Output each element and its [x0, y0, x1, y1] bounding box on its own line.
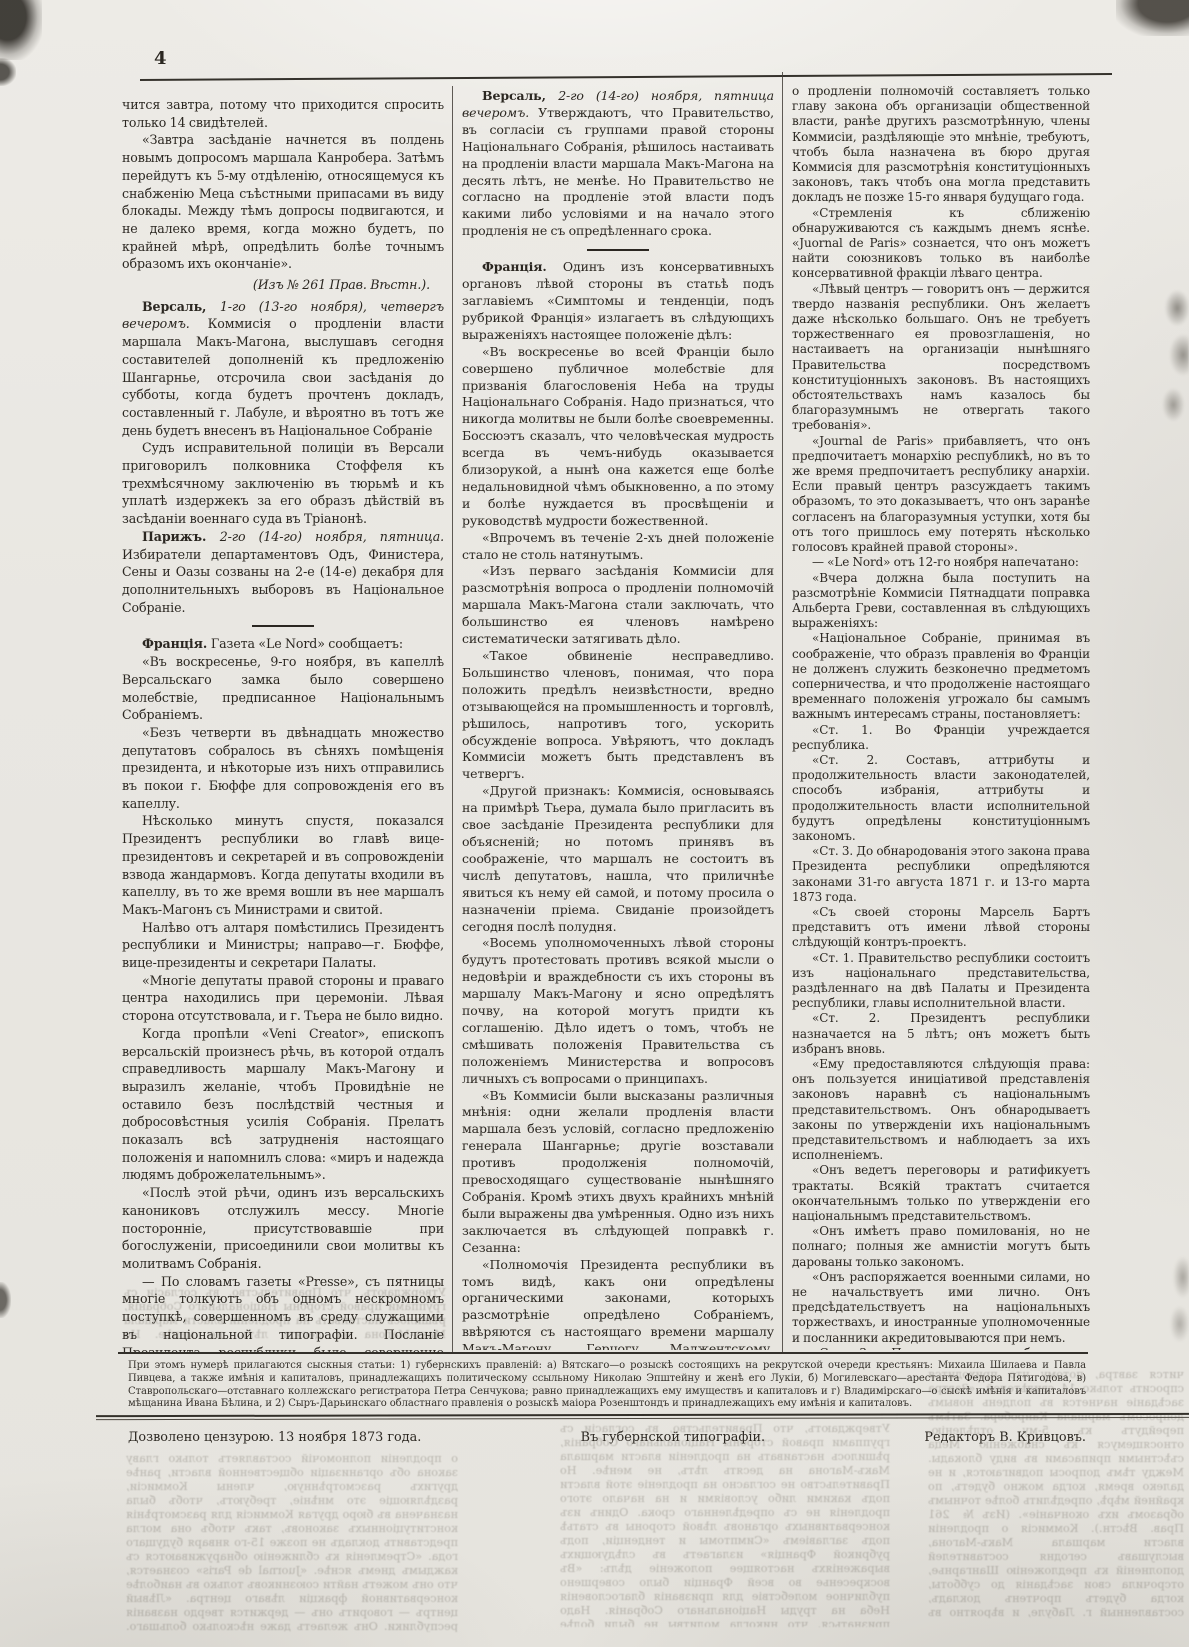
paragraph: «Ст. 3. Президентъ республики и Министры… — [792, 1346, 1090, 1350]
paragraph: «Стремленія къ сближенію обнаруживаются … — [792, 206, 1090, 282]
supplement-notice: При этомъ нумерѣ прилагаются сыскныя ста… — [128, 1360, 1086, 1411]
paragraph: Когда пропѣли «Veni Creator», епископъ в… — [122, 1025, 444, 1184]
paragraph: «Онъ распоряжается военными силами, но н… — [792, 1270, 1090, 1346]
paragraph: «Впрочемъ въ теченіе 2-хъ дней положеніе… — [462, 530, 774, 564]
paragraph: о продленіи полномочій составляетъ тольк… — [792, 84, 1090, 206]
paragraph: «Ему предоставляются слѣдующія права: он… — [792, 1057, 1090, 1163]
paragraph: чится завтра, потому что приходится спро… — [122, 96, 444, 131]
paragraph: «Послѣ этой рѣчи, одинъ изъ версальскихъ… — [122, 1184, 444, 1273]
paragraph: «Многіе депутаты правой стороны и праваг… — [122, 972, 444, 1025]
paragraph: «Ст. 3. До обнародованія этого закона пр… — [792, 844, 1090, 905]
paragraph: «Вчера должна была поступить на разсмотр… — [792, 571, 1090, 632]
paragraph: «Ст. 2. Президентъ республики назначаетс… — [792, 1011, 1090, 1057]
header-rule — [140, 73, 1112, 81]
paragraph: «Другой признакъ: Коммисія, основываясь … — [462, 783, 774, 935]
paragraph: «Ст. 1. Во Франціи учреждается республик… — [792, 723, 1090, 753]
censorship-approval: Дозволено цензурою. 13 ноября 1873 года. — [128, 1430, 421, 1445]
paragraph: Налѣво отъ алтаря помѣстились Президентъ… — [122, 919, 444, 972]
paragraph: «Завтра засѣданіе начнется въ полдень но… — [122, 131, 444, 273]
ink-smudge — [1150, 280, 1189, 436]
paragraph: «Ст. 1. Правительство республики состоит… — [792, 951, 1090, 1012]
bleed-through-text: Утверждаютъ, что Правительство, въ согла… — [560, 1422, 890, 1627]
column-right: о продленіи полномочій составляетъ тольк… — [792, 84, 1090, 1350]
paragraph: «Journal de Paris» прибавляетъ, что онъ … — [792, 434, 1090, 556]
paragraph: «Въ воскресенье, 9-го ноября, въ капеллѣ… — [122, 653, 444, 724]
paragraph: «Съ своей стороны Марсель Бартъ представ… — [792, 905, 1090, 951]
paragraph: «Въ Коммисіи были высказаны различныя мн… — [462, 1088, 774, 1257]
ink-smudge — [0, 1282, 11, 1318]
paragraph: «Лѣвый центръ — говоритъ онъ — держится … — [792, 282, 1090, 434]
paragraph: «Національное Собраніе, принимая въ сооб… — [792, 631, 1090, 722]
paragraph: Нѣсколько минутъ спустя, показался Прези… — [122, 812, 444, 918]
column-middle: Версаль, 2-го (14-го) ноября, пятница ве… — [462, 88, 774, 1350]
column-divider-rule — [452, 86, 453, 1352]
paragraph: «Полномочія Президента республики въ том… — [462, 1257, 774, 1350]
paragraph: «Безъ четверти въ двѣнадцать множество д… — [122, 724, 444, 813]
paragraph: — По словамъ газеты «Presse», съ пятницы… — [122, 1273, 444, 1352]
source-credit: (Изъ № 261 Прав. Вѣстн.). — [122, 276, 444, 294]
printing-house: Въ губернской типографіи. — [581, 1430, 765, 1445]
section-divider — [252, 625, 314, 627]
section-divider — [587, 249, 649, 251]
column-divider-rule — [782, 72, 783, 1352]
paragraph: «Онъ ведетъ переговоры и ратификуетъ тра… — [792, 1163, 1090, 1224]
paragraph: «Ст. 2. Составъ, аттрибуты и продолжител… — [792, 753, 1090, 844]
paragraph: «Восемь уполномоченныхъ лѣвой стороны бу… — [462, 935, 774, 1087]
paragraph: Судъ исправительной полиціи въ Версали п… — [122, 439, 444, 528]
ink-smudge — [0, 58, 16, 86]
paragraph: «Такое обвиненіе несправедливо. Большинс… — [462, 648, 774, 783]
column-left: чится завтра, потому что приходится спро… — [122, 96, 444, 1352]
newspaper-page: 4 чится завтра, потому что приходится сп… — [0, 0, 1189, 1647]
paragraph: «Онъ имѣетъ право помилованія, но не пол… — [792, 1224, 1090, 1270]
ink-smudge — [1116, 0, 1189, 36]
page-number: 4 — [154, 48, 168, 69]
paragraph: «Изъ перваго засѣданія Коммисіи для разс… — [462, 563, 774, 648]
dateline-paragraph: Парижъ. 2-го (14-го) ноября, пятница. Из… — [122, 528, 444, 617]
dateline-paragraph: Версаль, 2-го (14-го) ноября, пятница ве… — [462, 88, 774, 240]
paragraph: Франція. Газета «Le Nord» сообщаетъ: — [122, 635, 444, 653]
ink-smudge — [0, 0, 42, 60]
editor-credit: Редакторъ В. Кривцовъ. — [924, 1430, 1086, 1445]
paragraph: «Въ воскресенье во всей Франціи было сов… — [462, 344, 774, 530]
notice-top-rule — [118, 1352, 1088, 1354]
paragraph: — «Le Nord» отъ 12-го ноября напечатано: — [792, 555, 1090, 570]
imprint-line: Дозволено цензурою. 13 ноября 1873 года.… — [128, 1430, 1086, 1445]
dateline-paragraph: Версаль, 1-го (13-го ноября), четвергъ в… — [122, 298, 444, 440]
bleed-through-text: о продленіи полномочій составляетъ тольк… — [126, 1452, 458, 1632]
paragraph: Франція. Одинъ изъ консервативныхъ орган… — [462, 259, 774, 344]
ink-smudge — [1158, 1246, 1189, 1350]
